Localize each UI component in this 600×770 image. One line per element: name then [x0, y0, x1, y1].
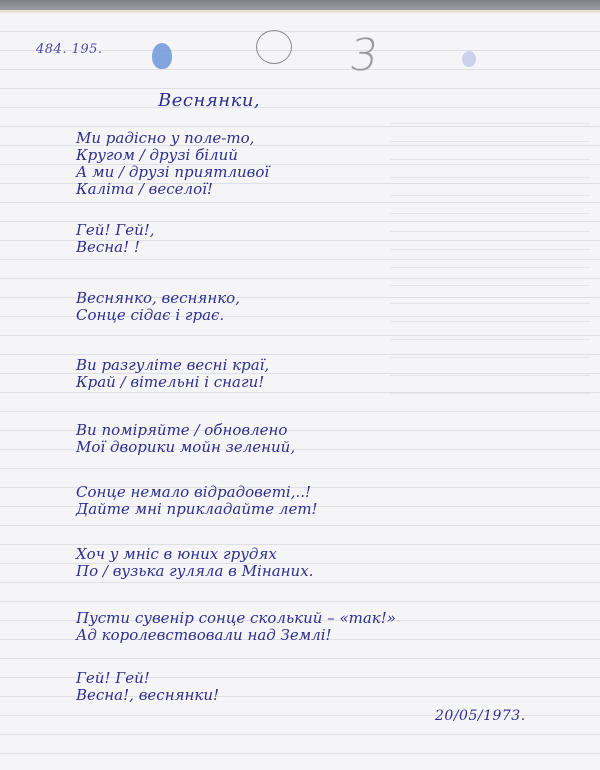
- ink-blot: [152, 43, 172, 69]
- poem-line: Весна! !: [76, 239, 155, 256]
- poem-line: Ви поміряйте / обновлено: [76, 422, 295, 439]
- poem-line: Край / вітельні і снаги!: [76, 374, 269, 391]
- stanza-7: Хоч у мніс в юних грудях По / вузька гул…: [76, 546, 313, 580]
- poem-line: Сонце немало відрадоветі,..!: [76, 484, 318, 501]
- poem-line: Веснянко, веснянко,: [76, 290, 240, 307]
- poem-line: Мої дворики мойн зелений,: [76, 439, 295, 456]
- poem-line: Кругом / друзі білий: [76, 147, 269, 164]
- poem-line: Ад королевствовали над Землі!: [76, 627, 396, 644]
- poem-line: Гей! Гей!: [76, 670, 219, 687]
- poem-line: А ми / друзі приятливої: [76, 164, 269, 181]
- stanza-2: Гей! Гей!, Весна! !: [76, 222, 155, 256]
- stanza-3: Веснянко, веснянко, Сонце сідає і грає.: [76, 290, 240, 324]
- poem-line: По / вузька гуляла в Мінаних.: [76, 563, 313, 580]
- stanza-4: Ви разгуліте весні краї, Край / вітельні…: [76, 357, 269, 391]
- stanza-6: Сонце немало відрадоветі,..! Дайте мні п…: [76, 484, 318, 518]
- poem-line: Дайте мні прикладайте лет!: [76, 501, 318, 518]
- faint-ink-spot: [462, 51, 476, 67]
- date-signature: 20/05/1973.: [435, 708, 526, 724]
- poem-line: Ви разгуліте весні краї,: [76, 357, 269, 374]
- stanza-1: Ми радісно у поле-то, Кругом / друзі біл…: [76, 130, 269, 198]
- stanza-9: Гей! Гей! Весна!, веснянки!: [76, 670, 219, 704]
- poem-line: Ми радісно у поле-то,: [76, 130, 269, 147]
- poem-line: Хоч у мніс в юних грудях: [76, 546, 313, 563]
- poem-line: Весна!, веснянки!: [76, 687, 219, 704]
- notebook-page: [0, 13, 600, 770]
- poem-title: Веснянки,: [158, 90, 260, 111]
- poem-line: Каліта / веселої!: [76, 181, 269, 198]
- reference-number: 484. 195.: [36, 42, 103, 57]
- pencil-circle-mark: [256, 30, 292, 64]
- bleed-through-text: [390, 123, 590, 643]
- poem-line: Гей! Гей!,: [76, 222, 155, 239]
- page-top-edge: [0, 0, 600, 10]
- poem-line: Сонце сідає і грає.: [76, 307, 240, 324]
- stanza-5: Ви поміряйте / обновлено Мої дворики мой…: [76, 422, 295, 456]
- stanza-8: Пусти сувенір сонце сколький – «так!» Ад…: [76, 610, 396, 644]
- poem-line: Пусти сувенір сонце сколький – «так!»: [76, 610, 396, 627]
